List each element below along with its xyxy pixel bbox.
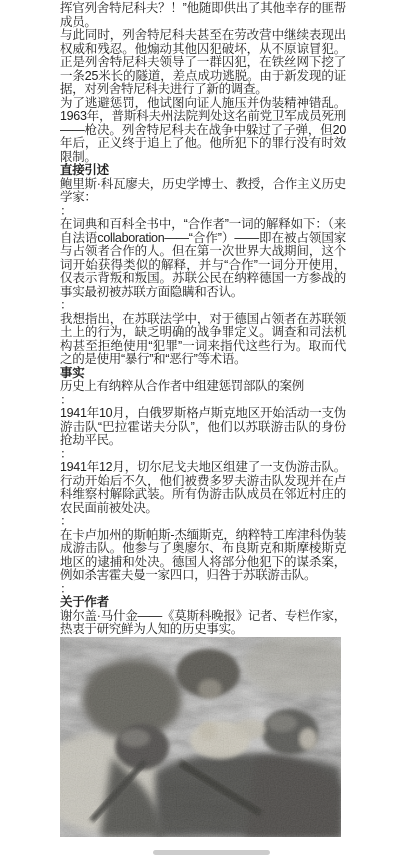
section-heading-about-author: 关于作者 <box>60 596 346 610</box>
separator-colon: ： <box>60 394 346 408</box>
section-heading-facts: 事实 <box>60 367 346 381</box>
fact-item: 在卡卢加州的斯帕斯-杰缅斯克，纳粹特工库津科伪装成游击队。他参与了奥廖尔、布良斯… <box>60 529 346 583</box>
separator-colon: ： <box>60 583 346 597</box>
quote-paragraph: 在词典和百科全书中，“合作者”一词的解释如下：（来自法语collaboratio… <box>60 218 346 299</box>
paragraph: 与此同时，列舍特尼科夫甚至在劳改营中继续表现出权威和残忍。他煽动其他囚犯破坏，从… <box>60 29 346 97</box>
separator-colon: ： <box>60 448 346 462</box>
quote-source-line: 鲍里斯·科瓦廖夫，历史学博士、教授，合作主义历史学家： <box>60 178 346 205</box>
fact-item: 1941年10月，白俄罗斯格卢斯克地区开始活动一支伪游击队“巴拉霍诺夫分队”，他… <box>60 407 346 448</box>
wwii-soldiers-photo-illustration <box>60 637 341 837</box>
fact-item: 1941年12月，切尔尼戈夫地区组建了一支伪游击队。行动开始后不久，他们被费多罗… <box>60 461 346 515</box>
author-bio-line: 谢尔盖·马什金——《莫斯科晚报》记者、专栏作家，热衷于研究鲜为人知的历史事实。 <box>60 610 346 637</box>
article-photo <box>60 637 341 837</box>
separator-colon: ： <box>60 299 346 313</box>
article-page: { "page": { "bg": "#ffffff", "text_color… <box>0 0 400 865</box>
home-indicator-handle[interactable] <box>153 850 270 855</box>
paragraph: 为了逃避惩罚，他试图向证人施压并伪装精神错乱。1963年，普斯科夫州法院判处这名… <box>60 97 346 165</box>
separator-colon: ： <box>60 205 346 219</box>
facts-intro-line: 历史上有纳粹从合作者中组建惩罚部队的案例 <box>60 380 346 394</box>
paragraph-continuation: 挥官列舍特尼科夫？！”他随即供出了其他幸存的匪帮成员。 <box>60 2 346 29</box>
separator-colon: ： <box>60 515 346 529</box>
article-content: 挥官列舍特尼科夫？！”他随即供出了其他幸存的匪帮成员。 与此同时，列舍特尼科夫甚… <box>60 2 346 837</box>
section-heading-direct-quotes: 直接引述 <box>60 164 346 178</box>
paragraph: 我想指出，在苏联法学中，对于德国占领者在苏联领土上的行为，缺乏明确的战争罪定义。… <box>60 313 346 367</box>
